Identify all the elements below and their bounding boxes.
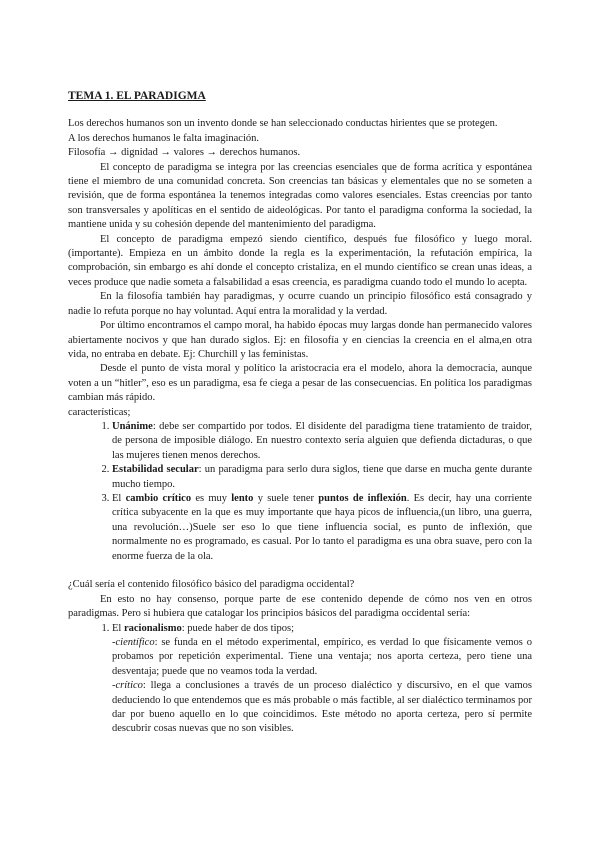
bold-text: puntos de inflexión (318, 493, 406, 504)
list-item: Estabilidad secular: un paradigma para s… (112, 463, 532, 492)
bold-text: lento (231, 493, 253, 504)
document-body: Los derechos humanos son un invento dond… (68, 117, 532, 736)
paragraph: El concepto de paradigma empezó siendo c… (68, 233, 532, 291)
text-run: : se funda en el método experimental, em… (112, 637, 532, 677)
ordered-list: El racionalismo: puede haber de dos tipo… (68, 622, 532, 737)
text-run: ¿Cuál sería el contenido filosófico bási… (68, 579, 354, 590)
bold-text: Unánime (112, 421, 153, 432)
paragraph: En la filosofía también hay paradigmas, … (68, 290, 532, 319)
paragraph: El concepto de paradigma se integra por … (68, 161, 532, 233)
text-run: A los derechos humanos le falta imaginac… (68, 133, 259, 144)
list-sub-paragraph: -crítico: llega a conclusiones a través … (112, 679, 532, 737)
text-run: En la filosofía también hay paradigmas, … (68, 291, 532, 316)
document-content: TEMA 1. EL PARADIGMA Los derechos humano… (68, 89, 532, 737)
text-line: A los derechos humanos le falta imaginac… (68, 132, 532, 146)
text-run: es muy (191, 493, 231, 504)
text-run: y suele tener (253, 493, 318, 504)
text-run: Por último encontramos el campo moral, h… (68, 320, 532, 360)
text-run: : debe ser compartido por todos. El disi… (112, 421, 532, 461)
italic-text: científico (116, 637, 155, 648)
italic-text: crítico (116, 680, 143, 691)
text-run: Filosofía → dignidad → valores → derecho… (68, 147, 300, 158)
paragraph: En esto no hay consenso, porque parte de… (68, 593, 532, 622)
ordered-list: Unánime: debe ser compartido por todos. … (68, 420, 532, 564)
bold-text: cambio crítico (126, 493, 191, 504)
paragraph: Desde el punto de vista moral y político… (68, 362, 532, 405)
list-item: El racionalismo: puede haber de dos tipo… (112, 622, 532, 737)
text-run: Desde el punto de vista moral y político… (68, 363, 532, 403)
text-run: : puede haber de dos tipos; (182, 623, 294, 634)
text-line: Filosofía → dignidad → valores → derecho… (68, 146, 532, 160)
text-run: características; (68, 407, 130, 418)
text-run: El concepto de paradigma se integra por … (68, 162, 532, 231)
bold-text: racionalismo (124, 623, 182, 634)
text-line: características; (68, 406, 532, 420)
text-run: El (112, 623, 124, 634)
paragraph: Por último encontramos el campo moral, h… (68, 319, 532, 362)
text-line: Los derechos humanos son un invento dond… (68, 117, 532, 131)
text-run: El (112, 493, 126, 504)
text-run: En esto no hay consenso, porque parte de… (68, 594, 532, 619)
list-sub-paragraph: -científico: se funda en el método exper… (112, 636, 532, 679)
text-run: : llega a conclusiones a través de un pr… (112, 680, 532, 734)
document-title: TEMA 1. EL PARADIGMA (68, 89, 532, 103)
text-run: Los derechos humanos son un invento dond… (68, 118, 498, 129)
blank-line (68, 564, 532, 578)
text-run: El concepto de paradigma empezó siendo c… (68, 234, 532, 288)
bold-text: Estabilidad secular (112, 464, 199, 475)
text-line: ¿Cuál sería el contenido filosófico bási… (68, 578, 532, 592)
list-item: El cambio crítico es muy lento y suele t… (112, 492, 532, 564)
list-item: Unánime: debe ser compartido por todos. … (112, 420, 532, 463)
document-page: TEMA 1. EL PARADIGMA Los derechos humano… (0, 0, 600, 848)
